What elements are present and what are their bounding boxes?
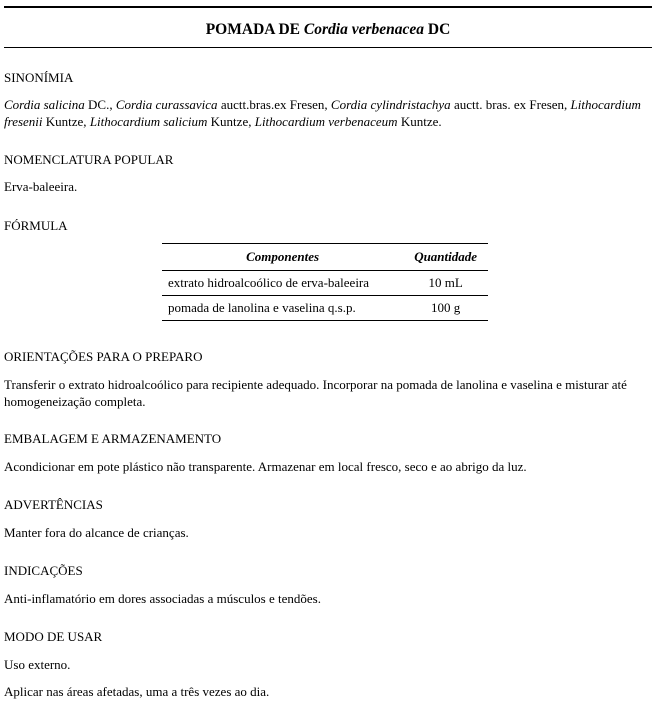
modo-de-usar-heading: MODO DE USAR bbox=[4, 628, 652, 645]
component-cell: pomada de lanolina e vaselina q.s.p. bbox=[162, 296, 403, 321]
table-row: extrato hidroalcoólico de erva-baleeira … bbox=[162, 271, 488, 296]
synonym-species-name: Lithocardium salicium bbox=[90, 114, 208, 129]
indicacoes-heading: INDICAÇÕES bbox=[4, 562, 652, 579]
nomenclatura-heading: NOMENCLATURA POPULAR bbox=[4, 151, 652, 168]
synonym-authority: auctt.bras.ex Fresen, bbox=[218, 97, 331, 112]
nomenclatura-text: Erva-baleeira. bbox=[4, 178, 652, 195]
modo-de-usar-line-1: Uso externo. bbox=[4, 656, 652, 673]
indicacoes-text: Anti-inflamatório em dores associadas a … bbox=[4, 590, 652, 607]
embalagem-text: Acondicionar em pote plástico não transp… bbox=[4, 458, 652, 475]
modo-de-usar-line-2: Aplicar nas áreas afetadas, uma a três v… bbox=[4, 683, 652, 700]
synonym-species-name: Cordia salicina bbox=[4, 97, 85, 112]
synonym-species-name: Cordia curassavica bbox=[116, 97, 218, 112]
sinonimia-heading: SINONÍMIA bbox=[4, 69, 652, 86]
advertencias-text: Manter fora do alcance de crianças. bbox=[4, 524, 652, 541]
synonym-authority: DC., bbox=[85, 97, 116, 112]
synonym-authority: Kuntze, bbox=[207, 114, 254, 129]
component-cell: extrato hidroalcoólico de erva-baleeira bbox=[162, 271, 403, 296]
synonym-authority: Kuntze, bbox=[43, 114, 90, 129]
quantity-cell: 100 g bbox=[403, 296, 488, 321]
formula-table-header-row: Componentes Quantidade bbox=[162, 244, 488, 271]
title-prefix: POMADA DE bbox=[206, 21, 304, 38]
synonym-authority: auctt. bras. ex Fresen, bbox=[451, 97, 571, 112]
synonym-species-name: Lithocardium verbenaceum bbox=[255, 114, 398, 129]
title-species: Cordia verbenacea bbox=[304, 21, 424, 38]
embalagem-heading: EMBALAGEM E ARMAZENAMENTO bbox=[4, 430, 652, 447]
formula-heading: FÓRMULA bbox=[4, 217, 652, 234]
column-header-quantidade: Quantidade bbox=[403, 244, 488, 271]
title-suffix: DC bbox=[424, 21, 450, 38]
title-top-rule bbox=[4, 6, 652, 8]
formula-table: Componentes Quantidade extrato hidroalco… bbox=[162, 243, 488, 321]
preparo-text: Transferir o extrato hidroalcoólico para… bbox=[4, 376, 652, 410]
advertencias-heading: ADVERTÊNCIAS bbox=[4, 496, 652, 513]
synonym-authority: Kuntze. bbox=[398, 114, 442, 129]
synonym-species-name: Cordia cylindristachya bbox=[331, 97, 451, 112]
page-title: POMADA DE Cordia verbenacea DC bbox=[0, 20, 656, 40]
quantity-cell: 10 mL bbox=[403, 271, 488, 296]
column-header-componentes: Componentes bbox=[162, 244, 403, 271]
table-row: pomada de lanolina e vaselina q.s.p. 100… bbox=[162, 296, 488, 321]
title-bottom-rule bbox=[4, 47, 652, 48]
preparo-heading: ORIENTAÇÕES PARA O PREPARO bbox=[4, 348, 652, 365]
sinonimia-text: Cordia salicina DC., Cordia curassavica … bbox=[4, 96, 652, 130]
